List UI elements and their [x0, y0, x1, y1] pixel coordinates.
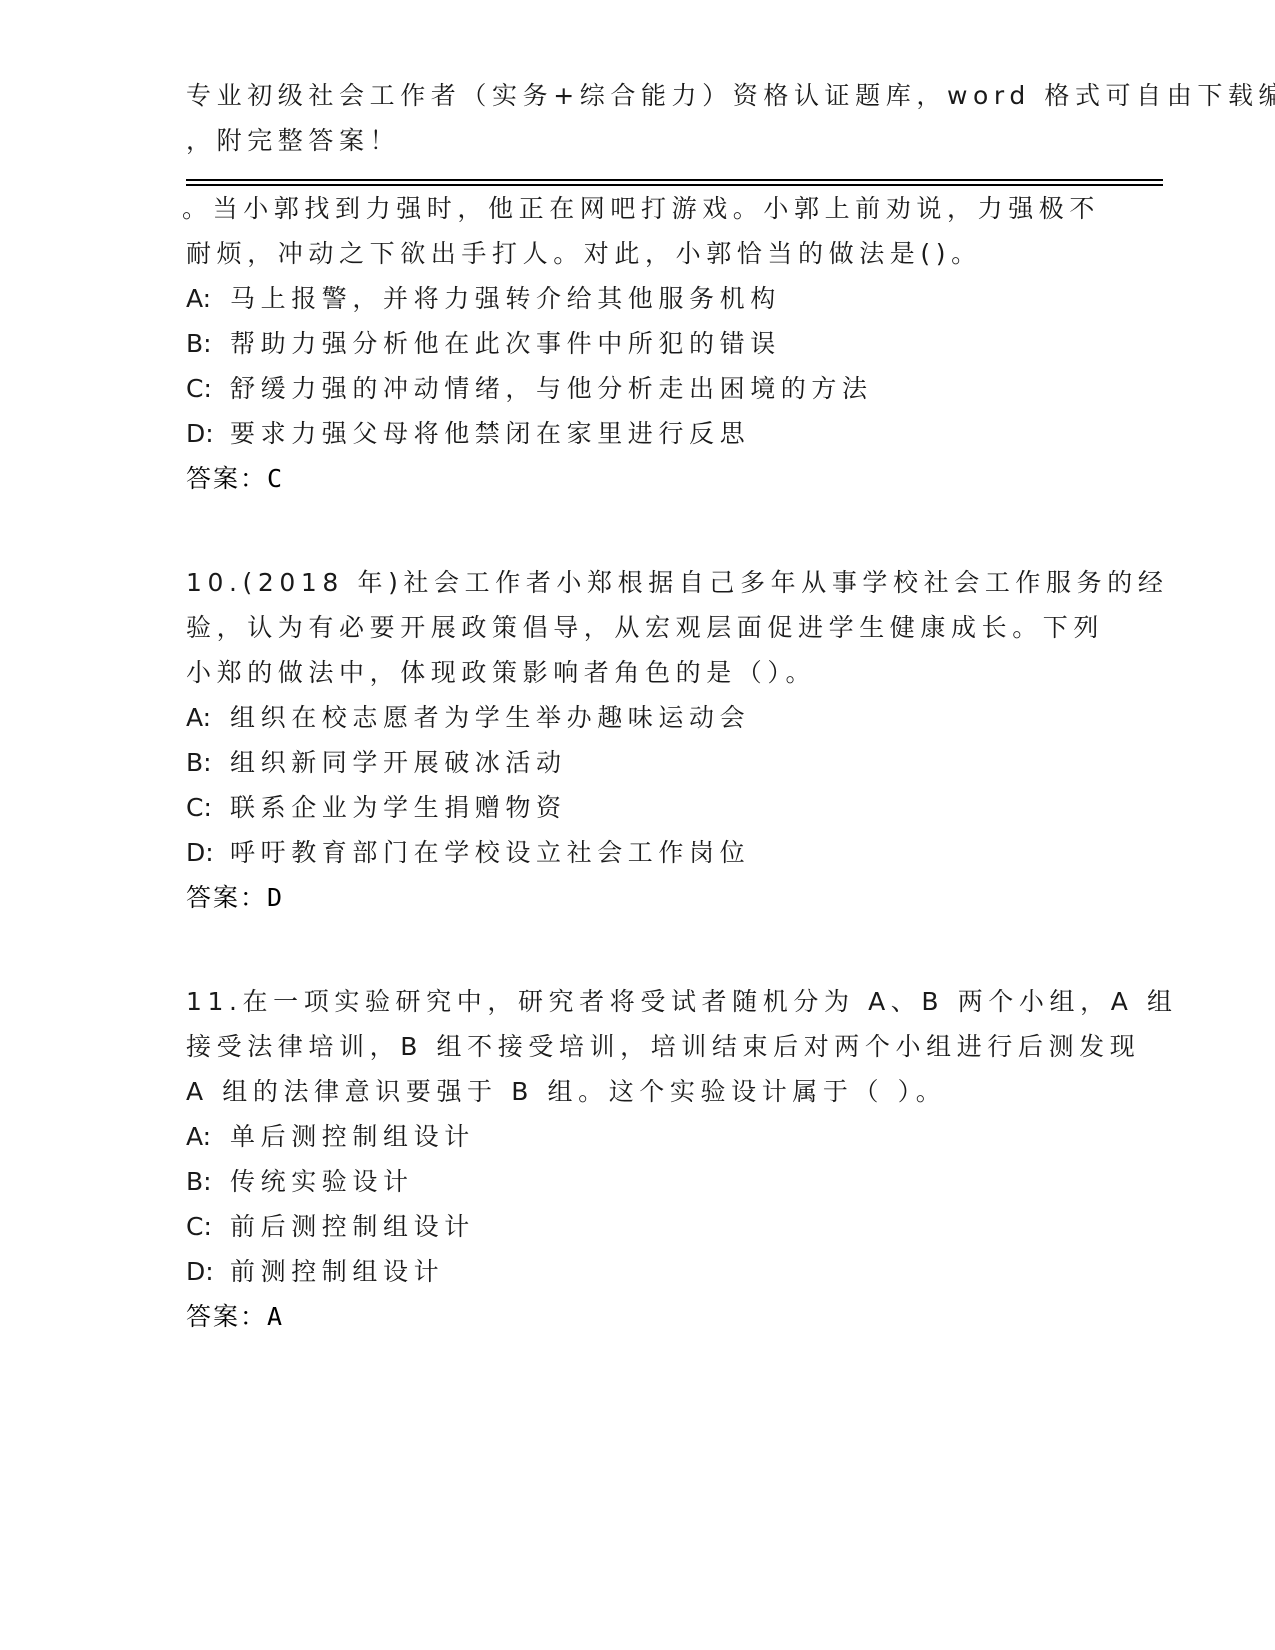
- question-stem-line: 验，认为有必要开展政策倡导，从宏观层面促进学生健康成长。下列: [186, 605, 1086, 650]
- answer-label: 答案：: [186, 883, 267, 912]
- option-b: B:传统实验设计: [186, 1159, 1086, 1204]
- option-a: A:马上报警，并将力强转介给其他服务机构: [186, 276, 1086, 321]
- question-stem-line: 耐烦，冲动之下欲出手打人。对此，小郭恰当的做法是()。: [186, 231, 1086, 276]
- option-c: C:舒缓力强的冲动情绪，与他分析走出困境的方法: [186, 366, 1086, 411]
- option-label: B:: [186, 740, 230, 785]
- option-text: 帮助力强分析他在此次事件中所犯的错误: [230, 329, 781, 358]
- option-label: C:: [186, 366, 230, 411]
- document-body: 。当小郭找到力强时，他正在网吧打游戏。小郭上前劝说，力强极不 耐烦，冲动之下欲出…: [186, 186, 1086, 1339]
- option-d: D:前测控制组设计: [186, 1249, 1086, 1294]
- question-stem-line: A 组的法律意识要强于 B 组。这个实验设计属于（ ）。: [186, 1069, 1086, 1114]
- option-c: C:前后测控制组设计: [186, 1204, 1086, 1249]
- question-9: 。当小郭找到力强时，他正在网吧打游戏。小郭上前劝说，力强极不 耐烦，冲动之下欲出…: [186, 186, 1086, 501]
- document-header: 专业初级社会工作者（实务+综合能力）资格认证题库，word 格式可自由下载编辑 …: [186, 73, 1086, 163]
- question-stem-line: 11.在一项实验研究中，研究者将受试者随机分为 A、B 两个小组，A 组: [186, 979, 1086, 1024]
- option-label: A:: [186, 1114, 230, 1159]
- option-text: 传统实验设计: [230, 1167, 414, 1196]
- question-stem-line: 接受法律培训，B 组不接受培训，培训结束后对两个小组进行后测发现: [186, 1024, 1086, 1069]
- question-stem-line: 。当小郭找到力强时，他正在网吧打游戏。小郭上前劝说，力强极不: [182, 186, 1086, 231]
- option-text: 前测控制组设计: [230, 1257, 444, 1286]
- option-label: B:: [186, 1159, 230, 1204]
- question-10: 10.(2018 年)社会工作者小郑根据自己多年从事学校社会工作服务的经 验，认…: [186, 560, 1086, 920]
- option-text: 马上报警，并将力强转介给其他服务机构: [230, 284, 781, 313]
- answer-line: 答案：A: [186, 1294, 1086, 1339]
- option-text: 要求力强父母将他禁闭在家里进行反思: [230, 419, 750, 448]
- header-title-line-2: ，附完整答案！: [186, 118, 1086, 163]
- option-a: A:组织在校志愿者为学生举办趣味运动会: [186, 695, 1086, 740]
- option-d: D:呼吁教育部门在学校设立社会工作岗位: [186, 830, 1086, 875]
- option-label: D:: [186, 1249, 230, 1294]
- option-text: 单后测控制组设计: [230, 1122, 475, 1151]
- answer-label: 答案：: [186, 1302, 267, 1331]
- spacer: [186, 920, 1086, 979]
- answer-line: 答案：C: [186, 456, 1086, 501]
- answer-value: D: [267, 883, 283, 912]
- header-title-line-1: 专业初级社会工作者（实务+综合能力）资格认证题库，word 格式可自由下载编辑: [186, 73, 1086, 118]
- spacer: [186, 501, 1086, 560]
- option-label: A:: [186, 695, 230, 740]
- option-text: 组织在校志愿者为学生举办趣味运动会: [230, 703, 750, 732]
- header-divider-top: [186, 179, 1163, 181]
- answer-label: 答案：: [186, 464, 267, 493]
- option-label: D:: [186, 411, 230, 456]
- option-b: B:组织新同学开展破冰活动: [186, 740, 1086, 785]
- option-label: D:: [186, 830, 230, 875]
- answer-value: A: [267, 1302, 283, 1331]
- option-c: C:联系企业为学生捐赠物资: [186, 785, 1086, 830]
- option-text: 组织新同学开展破冰活动: [230, 748, 567, 777]
- answer-line: 答案：D: [186, 875, 1086, 920]
- option-text: 舒缓力强的冲动情绪，与他分析走出困境的方法: [230, 374, 873, 403]
- answer-value: C: [267, 464, 283, 493]
- option-label: B:: [186, 321, 230, 366]
- option-text: 呼吁教育部门在学校设立社会工作岗位: [230, 838, 750, 867]
- question-stem-line: 小郑的做法中，体现政策影响者角色的是（）。: [186, 650, 1086, 695]
- option-d: D:要求力强父母将他禁闭在家里进行反思: [186, 411, 1086, 456]
- question-11: 11.在一项实验研究中，研究者将受试者随机分为 A、B 两个小组，A 组 接受法…: [186, 979, 1086, 1339]
- option-text: 联系企业为学生捐赠物资: [230, 793, 567, 822]
- option-a: A:单后测控制组设计: [186, 1114, 1086, 1159]
- option-text: 前后测控制组设计: [230, 1212, 475, 1241]
- option-label: C:: [186, 1204, 230, 1249]
- option-label: C:: [186, 785, 230, 830]
- question-stem-line: 10.(2018 年)社会工作者小郑根据自己多年从事学校社会工作服务的经: [186, 560, 1086, 605]
- option-label: A:: [186, 276, 230, 321]
- option-b: B:帮助力强分析他在此次事件中所犯的错误: [186, 321, 1086, 366]
